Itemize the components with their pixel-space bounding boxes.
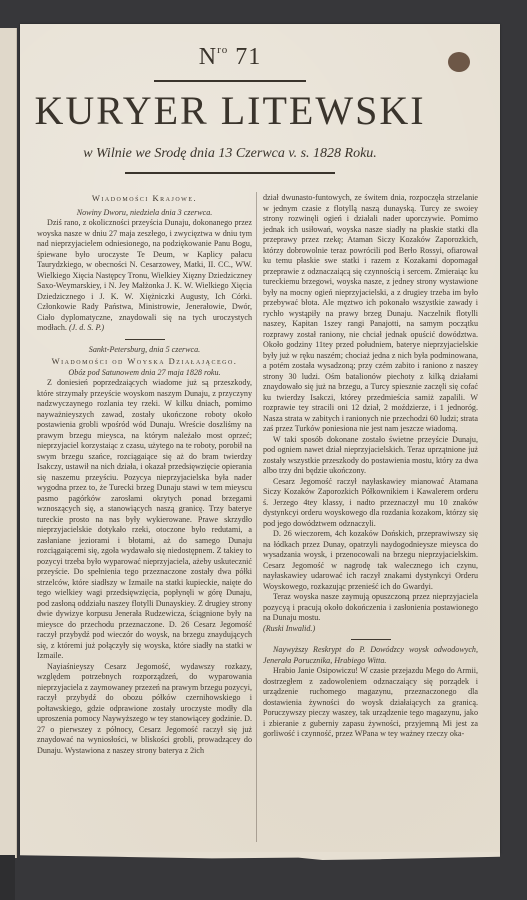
- masthead-rule-bottom: [125, 172, 335, 174]
- article-separator: [351, 639, 391, 640]
- column-divider: [256, 192, 257, 842]
- newspaper-title: KURYER LITEWSKI: [20, 88, 440, 134]
- article-place-date: Sankt-Petersburg, dnia 5 czerwca.: [37, 345, 252, 356]
- issue-value: 71: [235, 44, 261, 70]
- background-gap: [0, 855, 15, 900]
- right-column: dział dwunasto-funtowych, ze świtem dnia…: [263, 193, 478, 740]
- article-body: W taki sposób dokonane zostało świetne p…: [263, 435, 478, 477]
- article-continuation: dział dwunasto-funtowych, ze świtem dnia…: [263, 193, 478, 435]
- dateline: w Wilnie we Srodę dnia 13 Czerwca v. s. …: [20, 146, 440, 162]
- article-source: (Ruski Inwalid.): [263, 624, 478, 635]
- rescript-body: Hrabio Janie Osipowiczu! W czasie przeja…: [263, 666, 478, 740]
- adjacent-page-edge: [0, 28, 17, 858]
- article-body: Dziś rano, z okoliczności przeyścia Duna…: [37, 218, 252, 334]
- issue-prefix: N: [199, 44, 217, 70]
- masthead: Nro 71 KURYER LITEWSKI w Wilnie we Srodę…: [20, 40, 440, 174]
- article-body: Nayiaśnieyszy Cesarz Jegomość, wydawszy …: [37, 662, 252, 757]
- article-body: Teraz woyska nasze zaymują opuszczoną pr…: [263, 592, 478, 624]
- issue-sup: ro: [217, 44, 228, 56]
- masthead-rule-top: [154, 80, 306, 82]
- article-subheading: Wiadomości od Woyska Działającego.: [37, 356, 252, 367]
- left-column: Wiadomości Krajowe. Nowiny Dworu, niedzi…: [37, 193, 252, 756]
- camp-line: Obóz pod Satunowem dnia 27 maja 1828 rok…: [37, 368, 252, 379]
- article-body: Z doniesień poprzedzaiących wiadome już …: [37, 378, 252, 662]
- issue-number: Nro 71: [20, 44, 440, 71]
- torn-page-edge: [20, 852, 500, 860]
- ink-stain: [448, 52, 470, 72]
- rescript-heading: Naywyższy Reskrypt do P. Dowódzcy woysk …: [263, 645, 478, 666]
- section-heading: Wiadomości Krajowe.: [37, 193, 252, 204]
- article-body: Cesarz Jegomość raczył nayłaskawiey mian…: [263, 477, 478, 530]
- article-text: Dziś rano, z okoliczności przeyścia Duna…: [37, 218, 252, 332]
- article-heading: Nowiny Dworu, niedziela dnia 3 czerwca.: [37, 208, 252, 219]
- article-source: (J. d. S. P.): [69, 323, 104, 332]
- article-separator: [125, 339, 165, 340]
- article-body: D. 26 wieczorem, 4ch kozaków Dońskich, p…: [263, 529, 478, 592]
